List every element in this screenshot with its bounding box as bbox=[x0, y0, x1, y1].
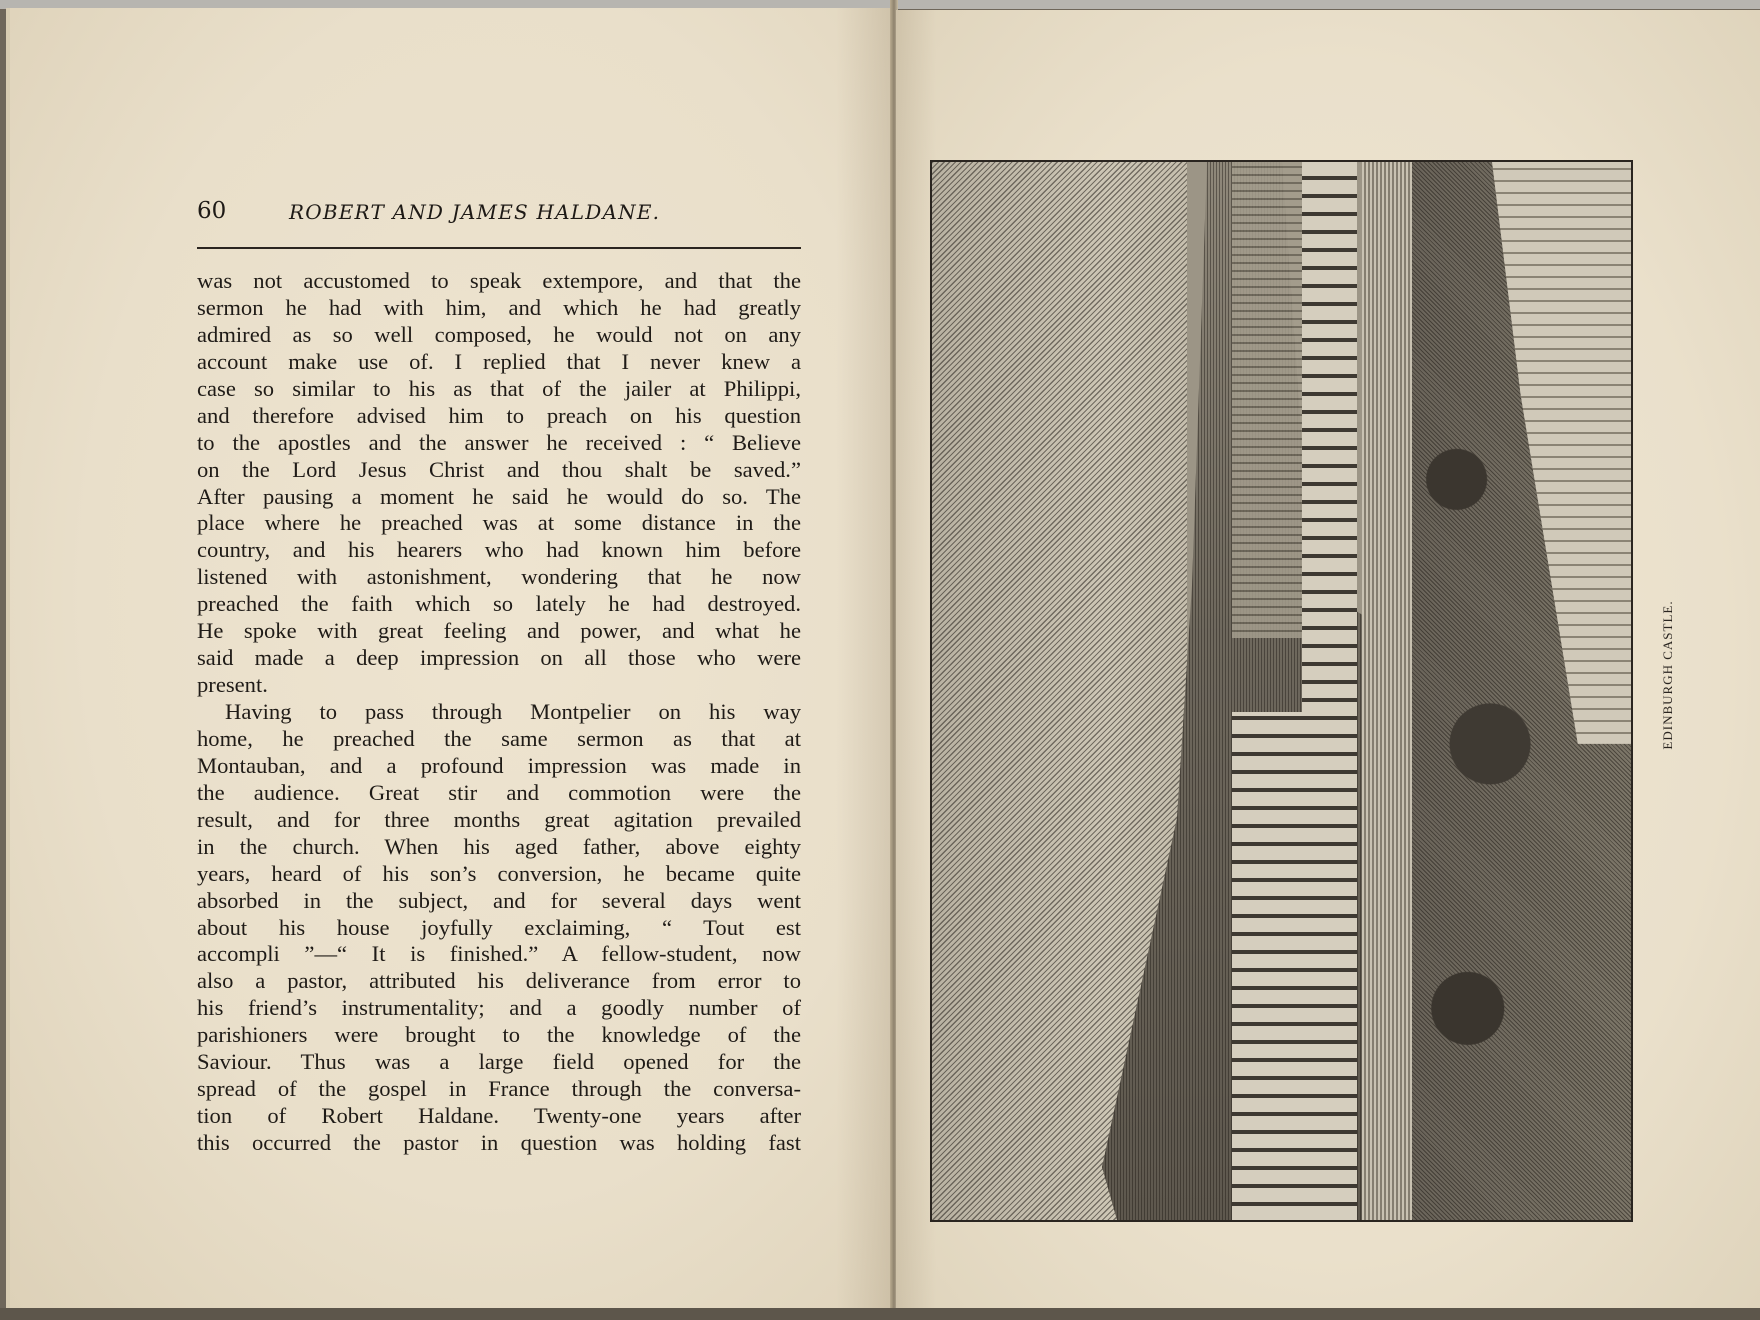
street-facade-lower bbox=[1232, 712, 1302, 1220]
text-line: this occurred the pastor in question was… bbox=[197, 1130, 801, 1157]
running-title: ROBERT AND JAMES HALDANE. bbox=[289, 200, 660, 224]
text-line: preached the faith which so lately he ha… bbox=[197, 591, 801, 618]
text-line: spread of the gospel in France through t… bbox=[197, 1076, 801, 1103]
header-rule bbox=[197, 247, 801, 249]
text-line: absorbed in the subject, and for several… bbox=[197, 888, 801, 915]
text-line: present. bbox=[197, 672, 801, 699]
text-line: place where he preached was at some dist… bbox=[197, 510, 801, 537]
text-line: home, he preached the same sermon as tha… bbox=[197, 726, 801, 753]
text-line: on the Lord Jesus Christ and thou shalt … bbox=[197, 457, 801, 484]
text-line: also a pastor, attributed his deliveranc… bbox=[197, 968, 801, 995]
text-line: result, and for three months great agita… bbox=[197, 807, 801, 834]
scan-bottom-edge bbox=[0, 1308, 1760, 1320]
text-line: to the apostles and the answer he receiv… bbox=[197, 430, 801, 457]
text-line: listened with astonishment, wondering th… bbox=[197, 564, 801, 591]
text-line: the audience. Great stir and commotion w… bbox=[197, 780, 801, 807]
edinburgh-castle-engraving bbox=[930, 160, 1633, 1222]
text-line: said made a deep impression on all those… bbox=[197, 645, 801, 672]
text-line: account make use of. I replied that I ne… bbox=[197, 349, 801, 376]
text-line: parishioners were brought to the knowled… bbox=[197, 1022, 801, 1049]
text-line: sermon he had with him, and which he had… bbox=[197, 295, 801, 322]
page-number: 60 bbox=[197, 198, 226, 224]
book-spread: 60 ROBERT AND JAMES HALDANE. was not acc… bbox=[0, 0, 1760, 1320]
text-line: tion of Robert Haldane. Twenty-one years… bbox=[197, 1103, 801, 1130]
text-line: Montauban, and a profound impression was… bbox=[197, 753, 801, 780]
text-line: country, and his hearers who had known h… bbox=[197, 537, 801, 564]
text-line: his friend’s instrumentality; and a good… bbox=[197, 995, 801, 1022]
illustration-caption: EDINBURGH CASTLE. bbox=[1660, 600, 1676, 749]
text-line: in the church. When his aged father, abo… bbox=[197, 834, 801, 861]
text-line: was not accustomed to speak extempore, a… bbox=[197, 268, 801, 295]
text-line: and therefore advised him to preach on h… bbox=[197, 403, 801, 430]
running-head: 60 ROBERT AND JAMES HALDANE. bbox=[197, 198, 801, 228]
text-line: Saviour. Thus was a large field opened f… bbox=[197, 1049, 801, 1076]
text-line: After pausing a moment he said he would … bbox=[197, 484, 801, 511]
text-line: admired as so well composed, he would no… bbox=[197, 322, 801, 349]
text-line: He spoke with great feeling and power, a… bbox=[197, 618, 801, 645]
street-facade bbox=[1302, 162, 1357, 1220]
text-line: accompli ”—“ It is finished.” A fellow-s… bbox=[197, 941, 801, 968]
body-text: was not accustomed to speak extempore, a… bbox=[197, 268, 801, 1157]
text-line: case so similar to his as that of the ja… bbox=[197, 376, 801, 403]
text-line: about his house joyfully exclaiming, “ T… bbox=[197, 915, 801, 942]
paragraph-start-line: Having to pass through Montpelier on his… bbox=[197, 699, 801, 726]
street bbox=[1362, 162, 1417, 1220]
text-line: years, heard of his son’s conversion, he… bbox=[197, 861, 801, 888]
